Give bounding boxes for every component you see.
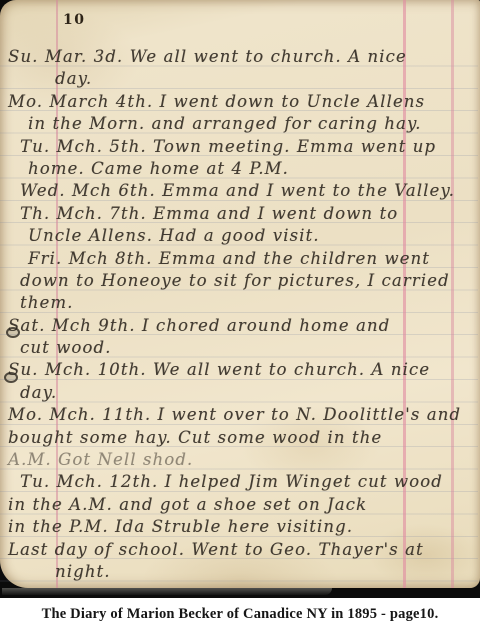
diary-line: Tu. Mch. 5th. Town meeting. Emma went up: [0, 136, 478, 158]
caption-text: The Diary of Marion Becker of Canadice N…: [42, 606, 439, 623]
diary-line: Th. Mch. 7th. Emma and I went down to: [0, 203, 478, 225]
ink-blot: [6, 327, 20, 338]
diary-line: Last day of school. Went to Geo. Thayer'…: [0, 539, 478, 561]
diary-line: day.: [0, 382, 478, 404]
diary-line: A.M. Got Nell shod.: [0, 449, 478, 471]
scanner-background: 10 Su. Mar. 3d. We all went to church. A…: [0, 0, 480, 598]
caption-bar: The Diary of Marion Becker of Canadice N…: [0, 598, 480, 630]
diary-line: night.: [0, 561, 478, 583]
diary-line: Su. Mar. 3d. We all went to church. A ni…: [0, 46, 478, 68]
diary-line: them.: [0, 292, 478, 314]
diary-line: Tu. Mch. 12th. I helped Jim Winget cut w…: [0, 471, 478, 493]
diary-line: Su. Mch. 10th. We all went to church. A …: [0, 359, 478, 381]
diary-line: Fri. Mch 8th. Emma and the children went: [0, 248, 478, 270]
diary-paper: 10 Su. Mar. 3d. We all went to church. A…: [0, 0, 480, 588]
underlying-page-edge: [2, 588, 332, 595]
page-number: 10: [63, 12, 85, 28]
diary-line: bought some hay. Cut some wood in the: [0, 427, 478, 449]
diary-line: home. Came home at 4 P.M.: [0, 158, 478, 180]
diary-line: Uncle Allens. Had a good visit.: [0, 225, 478, 247]
diary-line: cut wood.: [0, 337, 478, 359]
diary-line: down to Honeoye to sit for pictures, I c…: [0, 270, 478, 292]
diary-entries: Su. Mar. 3d. We all went to church. A ni…: [0, 46, 478, 583]
diary-line: day.: [0, 68, 478, 90]
ink-blot: [4, 372, 18, 383]
diary-line: in the A.M. and got a shoe set on Jack: [0, 494, 478, 516]
diary-line: Wed. Mch 6th. Emma and I went to the Val…: [0, 180, 478, 202]
diary-line: Sat. Mch 9th. I chored around home and: [0, 315, 478, 337]
diary-line: in the P.M. Ida Struble here visiting.: [0, 516, 478, 538]
scanned-diary-page: 10 Su. Mar. 3d. We all went to church. A…: [0, 0, 480, 630]
diary-line: Mo. Mch. 11th. I went over to N. Doolitt…: [0, 404, 478, 426]
diary-line: in the Morn. and arranged for caring hay…: [0, 113, 478, 135]
diary-line: Mo. March 4th. I went down to Uncle Alle…: [0, 91, 478, 113]
